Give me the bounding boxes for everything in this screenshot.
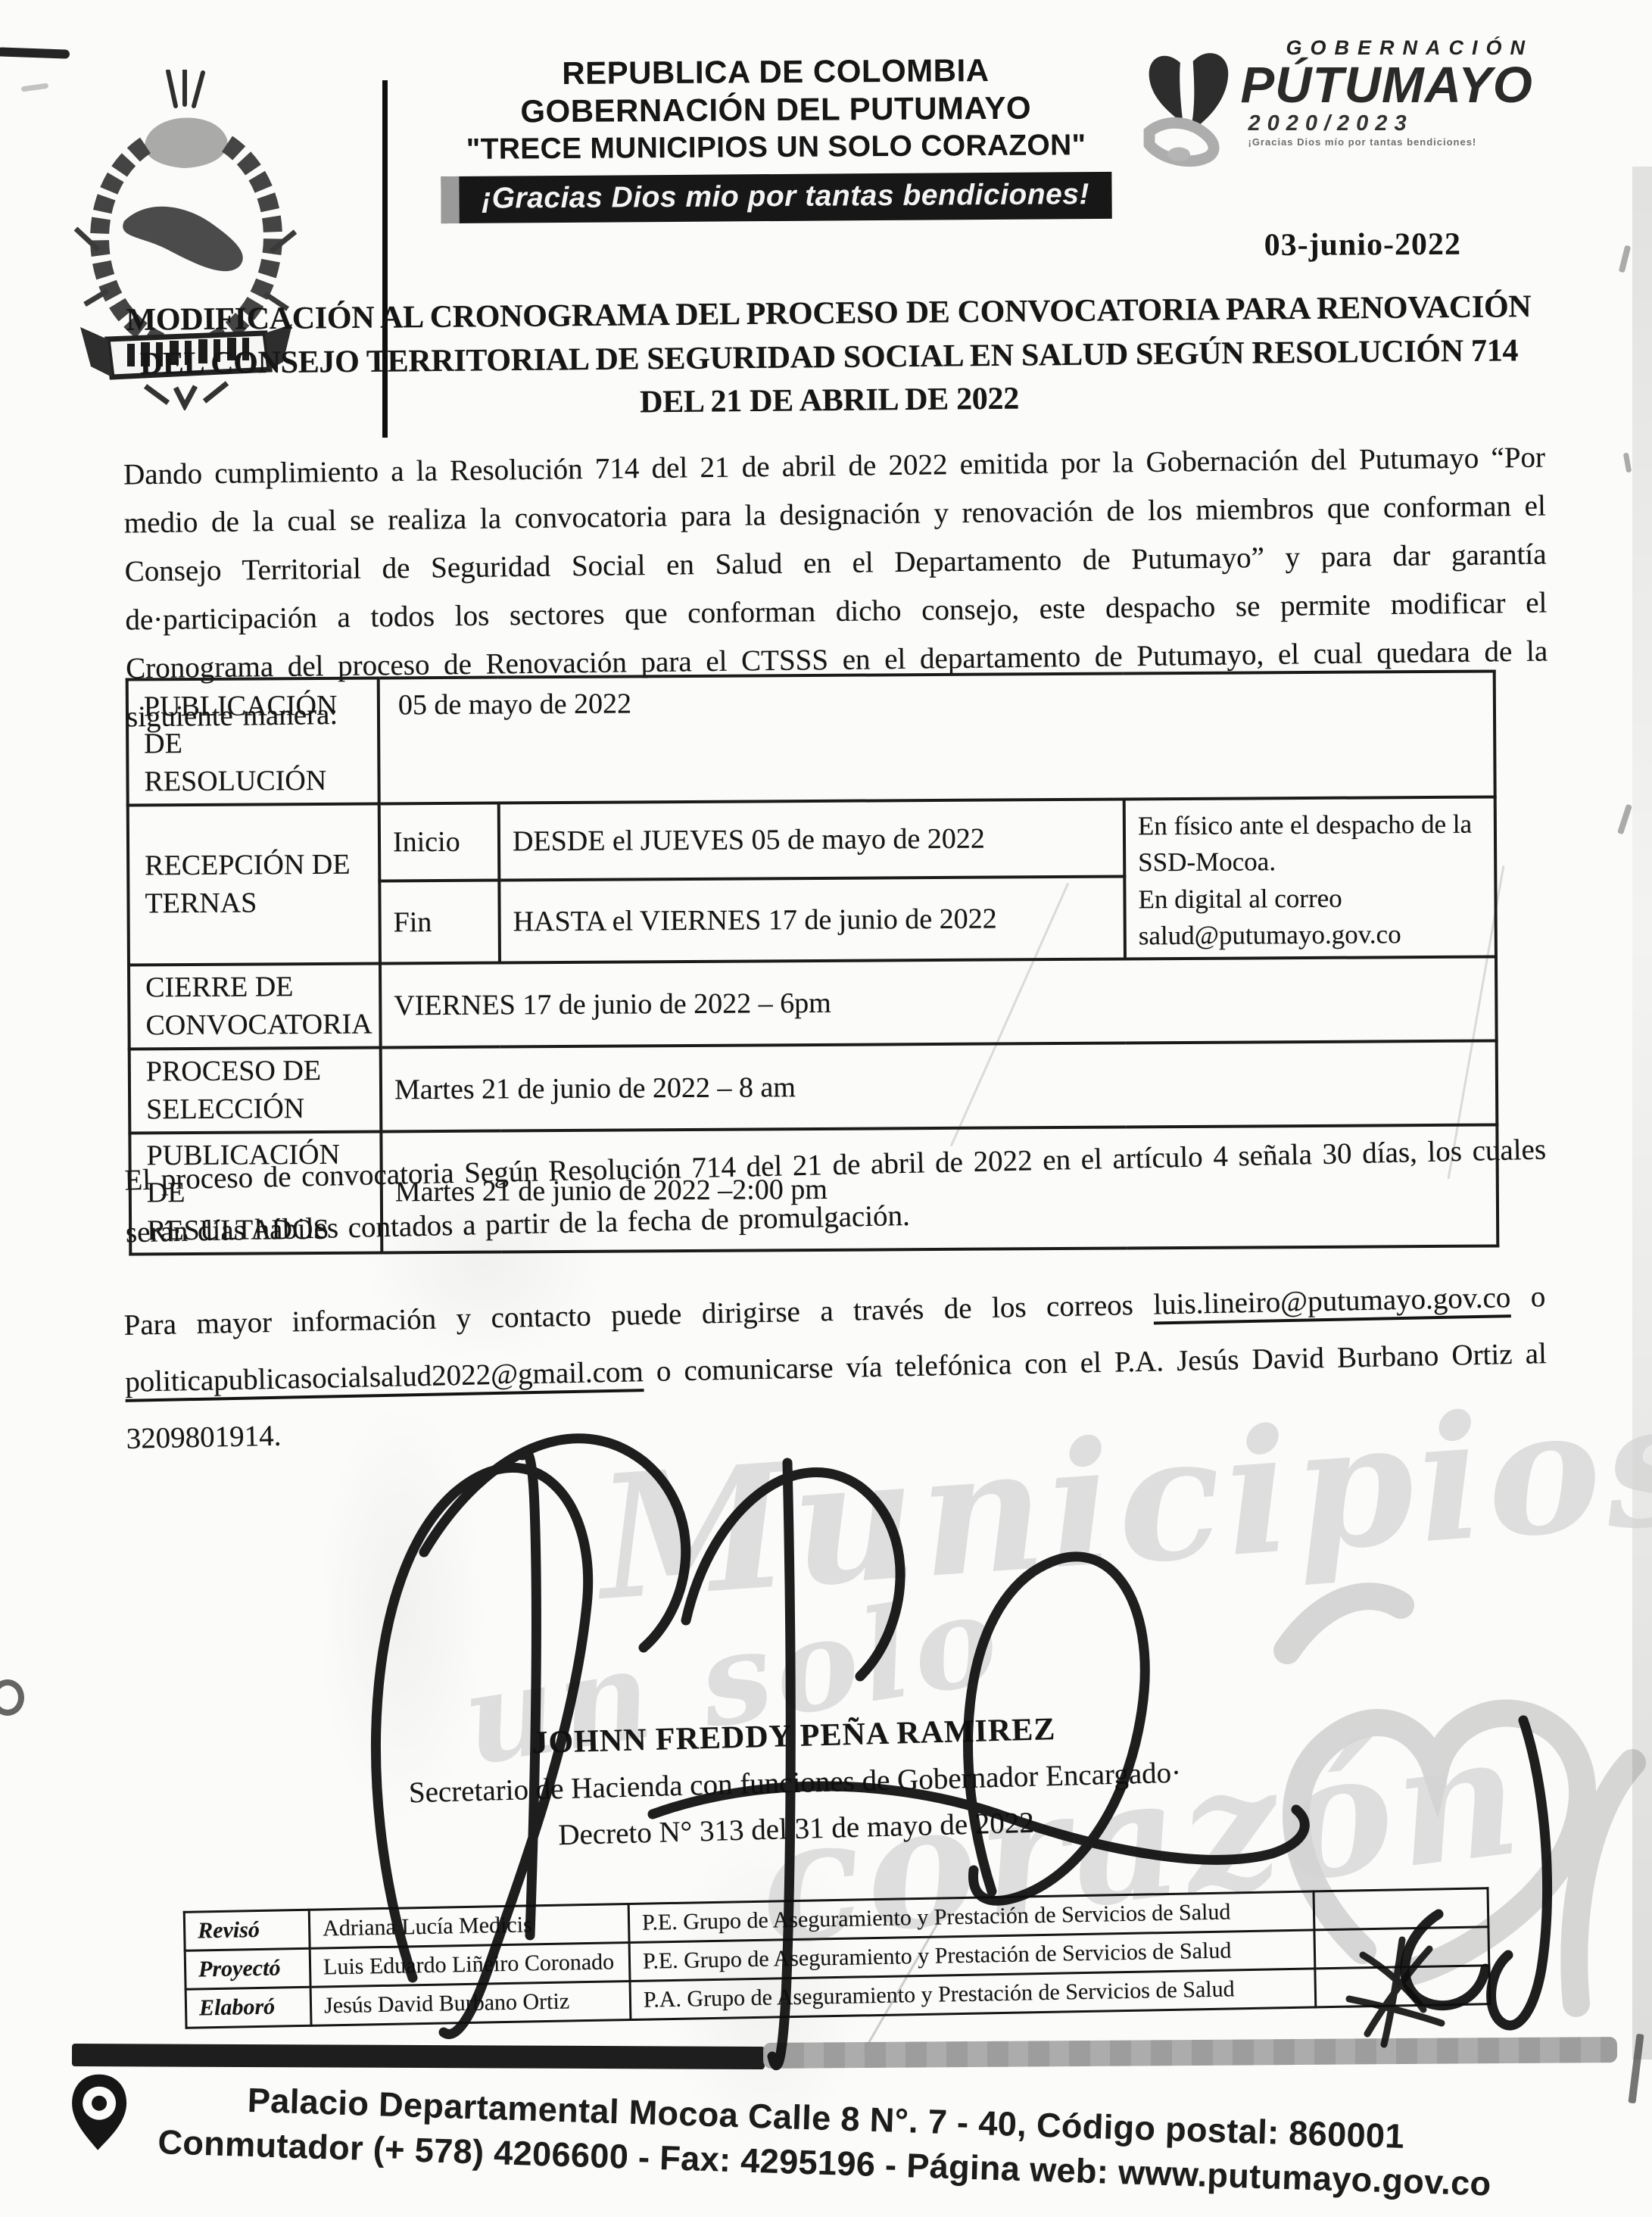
putumayo-logo: GOBERNACIÓN PÚTUMAYO 2020/2023 ¡Gracias …: [1139, 36, 1533, 188]
table-row: PROCESO DE SELECCIÓN Martes 21 de junio …: [129, 1041, 1498, 1133]
review-name: Adriana Lucía Medicis: [309, 1904, 629, 1949]
scan-mark-ring: [0, 1679, 24, 1716]
row-label: PUBLICACIÓN DE RESOLUCIÓN: [127, 678, 379, 805]
review-name: Luis Eduardo Liñeiro Coronado: [310, 1943, 630, 1988]
review-name: Jesús David Burbano Ortiz: [310, 1982, 631, 2026]
review-signature-cell: [1315, 1966, 1490, 2007]
scan-mark: [1623, 453, 1632, 473]
row-value: Martes 21 de junio de 2022 – 8 am: [381, 1041, 1498, 1132]
review-table-wrap: Revisó Adriana Lucía Medicis P.E. Grupo …: [183, 1887, 1491, 2029]
contact-text: Para mayor información y contacto puede …: [123, 1289, 1153, 1342]
email-luis-lineiro: luis.lineiro@putumayo.gov.co: [1153, 1281, 1511, 1324]
table-row: RECEPCIÓN DE TERNAS Inicio DESDE el JUEV…: [128, 797, 1496, 883]
inicio-value: DESDE el JUEVES 05 de mayo de 2022: [499, 800, 1125, 881]
row-label: RECEPCIÓN DE TERNAS: [128, 804, 380, 965]
row-label: CIERRE DE CONVOCATORIA: [129, 964, 381, 1049]
table-row: PUBLICACIÓN DE RESOLUCIÓN 05 de mayo de …: [127, 671, 1495, 805]
contact-text: o: [1510, 1280, 1546, 1314]
review-role: Proyectó: [185, 1948, 310, 1989]
review-role: Elaboró: [185, 1987, 311, 2028]
header-banner: ¡Gracias Dios mio por tantas bendiciones…: [441, 171, 1112, 223]
row-value: VIERNES 17 de junio de 2022 – 6pm: [380, 957, 1497, 1048]
header-block: REPUBLICA DE COLOMBIA GOBERNACIÓN DEL PU…: [423, 51, 1129, 223]
document-title: MODIFICACIÓN AL CRONOGRAMA DEL PROCESO D…: [113, 285, 1545, 430]
heart-hands-icon: [1139, 36, 1245, 188]
review-signature-cell: [1314, 1888, 1488, 1930]
scan-mark: [1628, 2034, 1644, 2104]
scanned-document-page: REPUBLICA DE COLOMBIA GOBERNACIÓN DEL PU…: [0, 0, 1652, 2217]
header-motto: "TRECE MUNICIPIOS UN SOLO CORAZON": [424, 127, 1128, 169]
document-date: 03-junio-2022: [1098, 226, 1461, 265]
email-politica-publica: politicapublicasocialsalud2022@gmail.com: [125, 1355, 644, 1402]
row-label: PROCESO DE SELECCIÓN: [129, 1048, 382, 1133]
logo-period: 2020/2023: [1248, 111, 1533, 136]
coat-crest: [145, 117, 227, 168]
row-value: 05 de mayo de 2022: [379, 671, 1495, 803]
scan-mark: [1619, 245, 1631, 273]
header-country: REPUBLICA DE COLOMBIA: [423, 51, 1127, 94]
table-row: CIERRE DE CONVOCATORIA VIERNES 17 de jun…: [129, 957, 1497, 1049]
row-notes: En físico ante el despacho de la SSD-Moc…: [1124, 797, 1496, 959]
scan-mark: [1617, 804, 1632, 835]
footer-bar-dark: [72, 2044, 765, 2069]
review-table: Revisó Adriana Lucía Medicis P.E. Grupo …: [183, 1887, 1491, 2029]
review-role: Revisó: [184, 1910, 310, 1950]
logo-putumayo: PÚTUMAYO: [1240, 60, 1533, 111]
scan-mark: [0, 47, 70, 58]
notes-line1: En físico ante el despacho de la SSD-Moc…: [1138, 806, 1482, 881]
notes-line2: En digital al correo salud@putumayo.gov.…: [1138, 879, 1482, 954]
fin-label: Fin: [379, 881, 500, 964]
logo-tagline: ¡Gracias Dios mío por tantas bendiciones…: [1248, 136, 1533, 148]
location-pin-icon: [67, 2072, 130, 2152]
review-signature-cell: [1314, 1927, 1489, 1969]
scan-mark: [21, 83, 49, 92]
coat-field: [123, 207, 243, 271]
scan-edge-shadow: [1632, 167, 1652, 2060]
fin-value: HASTA el VIERNES 17 de junio de 2022: [499, 877, 1125, 963]
footer-bar-gray: [763, 2037, 1617, 2069]
header-entity: GOBERNACIÓN DEL PUTUMAYO: [424, 89, 1128, 132]
inicio-label: Inicio: [379, 803, 500, 881]
putumayo-logo-text: GOBERNACIÓN PÚTUMAYO 2020/2023 ¡Gracias …: [1240, 36, 1533, 148]
signature-block: JOHNN FREDDY PEÑA RAMIREZ Secretario de …: [286, 1699, 1304, 1866]
